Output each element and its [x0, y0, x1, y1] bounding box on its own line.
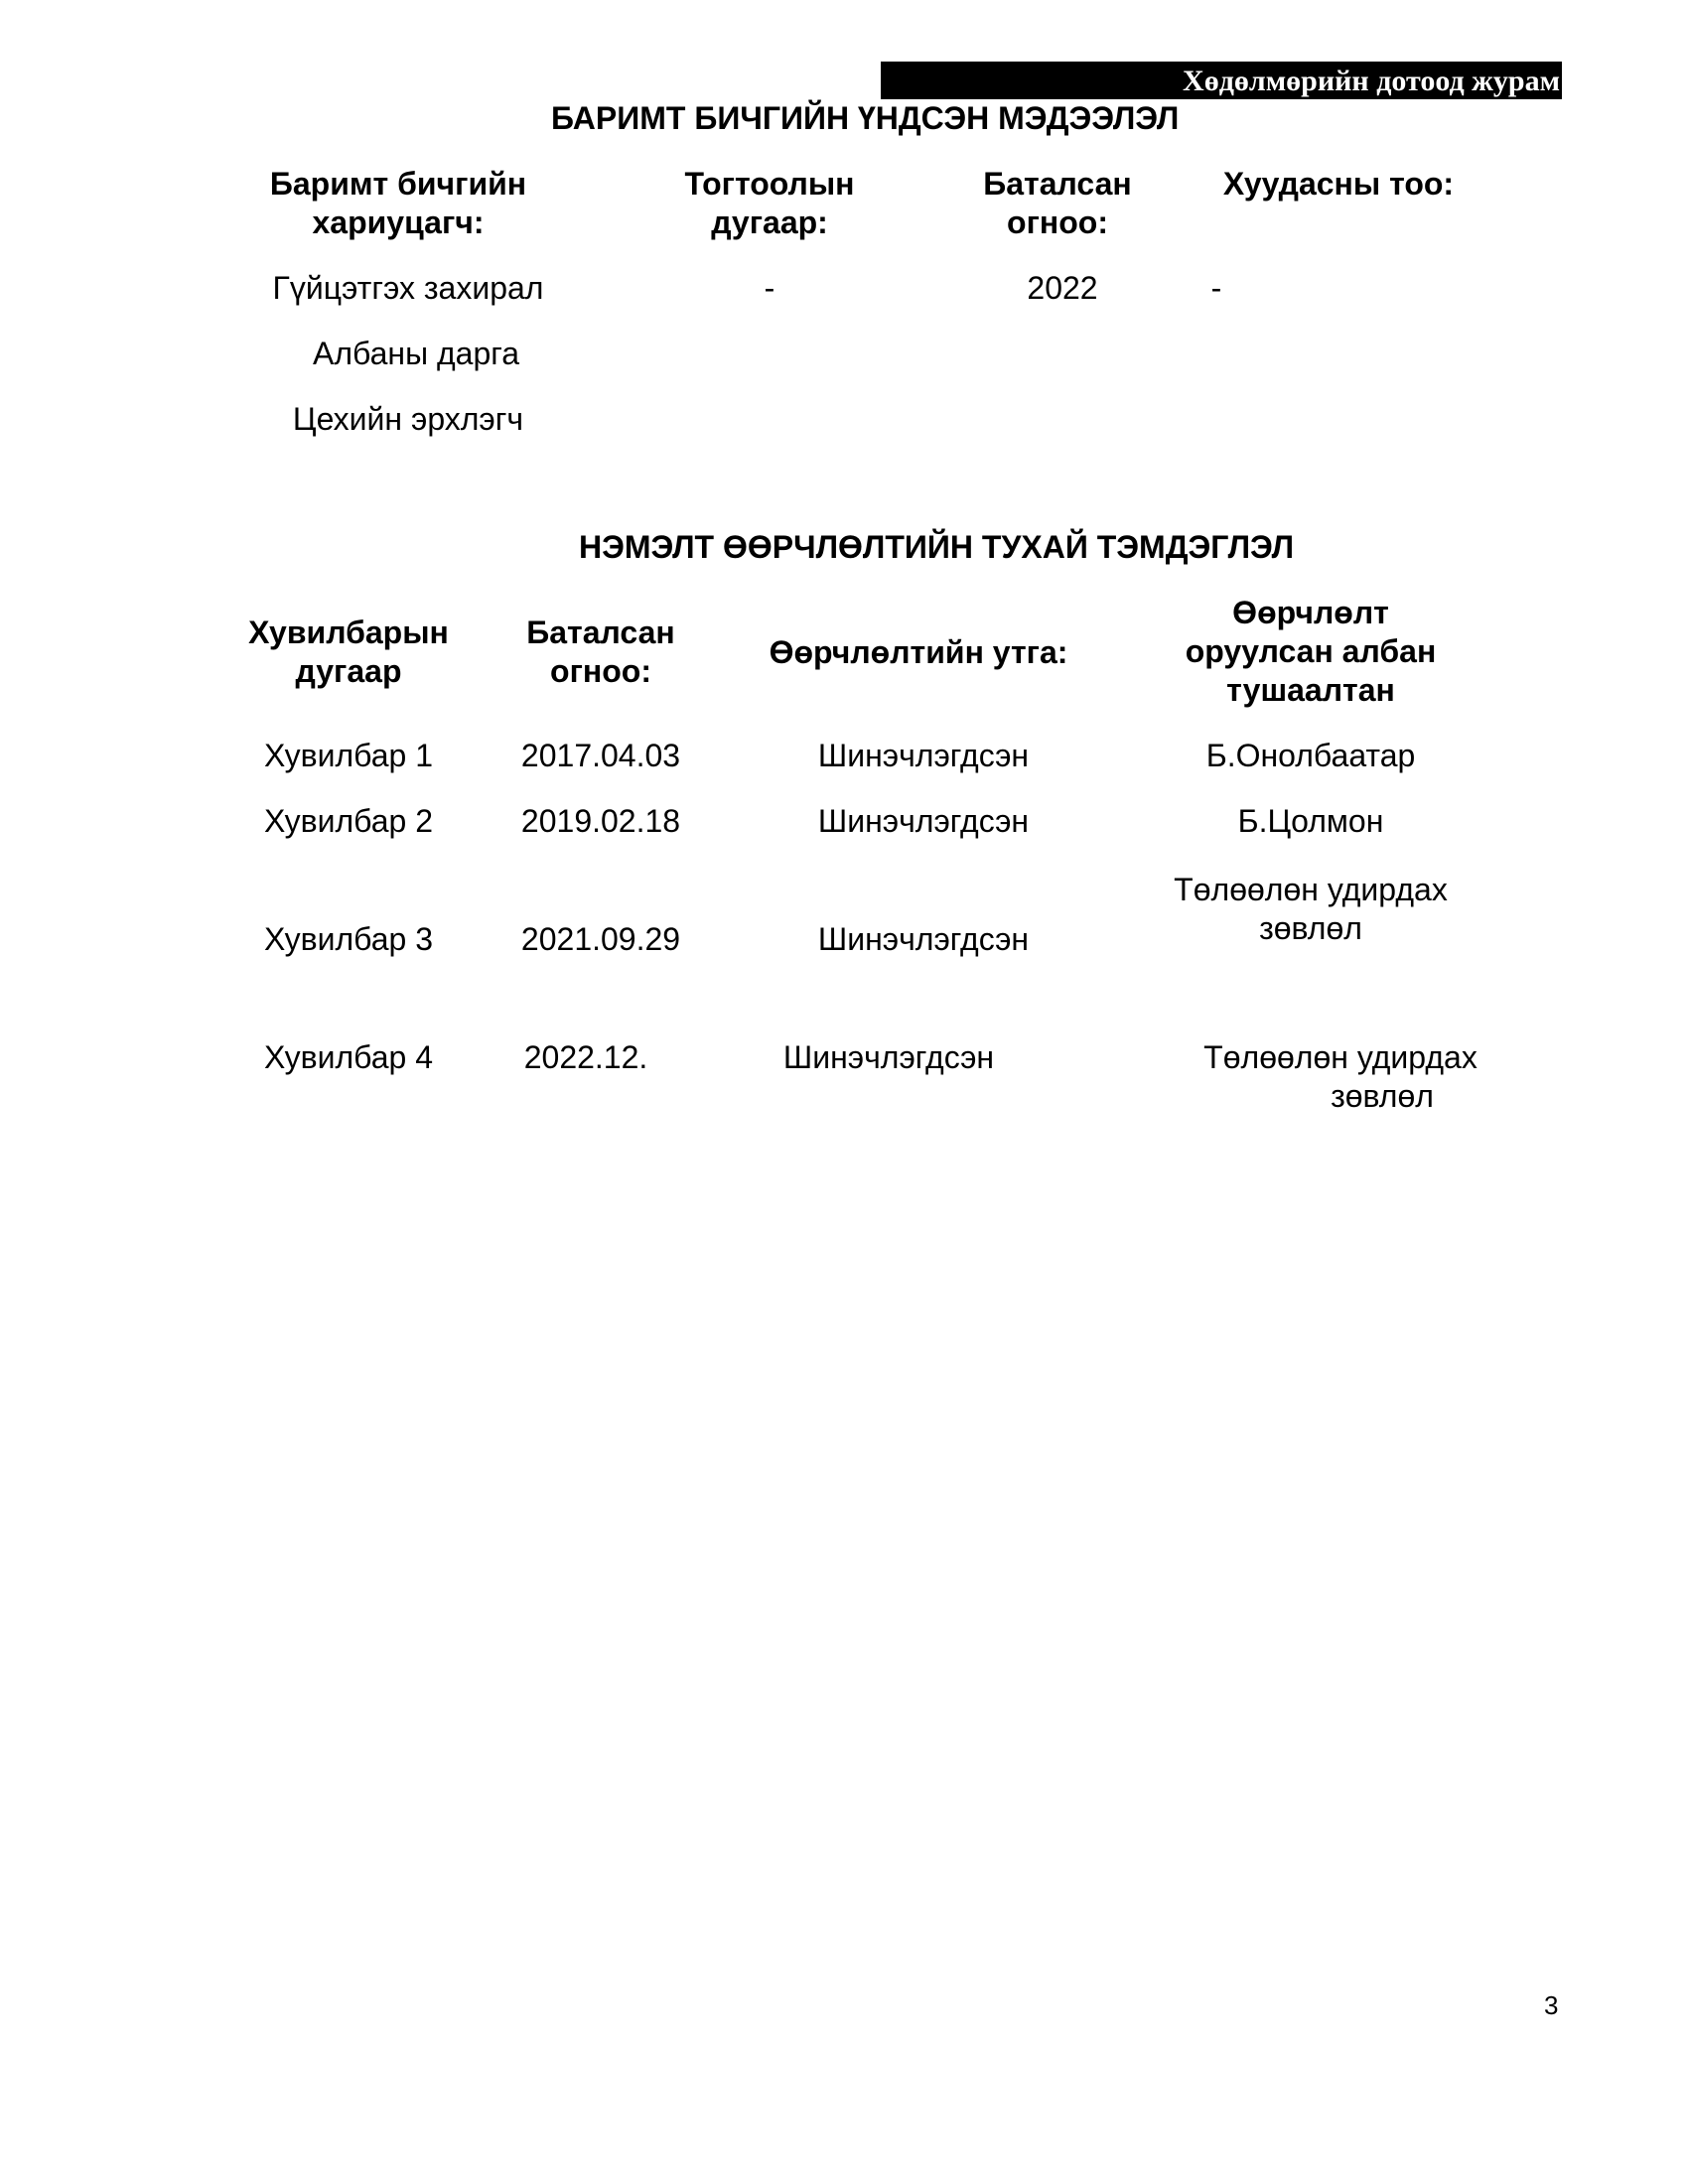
- table-row-2-version: Хувилбар 2: [238, 802, 459, 841]
- header-line: огноо:: [953, 204, 1162, 242]
- header-line: хариуцагч:: [260, 204, 536, 242]
- col-header-resolution: Тогтоолын дугаар:: [655, 165, 884, 242]
- col-header-page-count: Хуудасны тоо:: [1209, 165, 1468, 204]
- col-header-responsible: Баримт бичгийн хариуцагч:: [260, 165, 536, 242]
- header-line: Баталсан: [953, 165, 1162, 204]
- header-line: Баримт бичгийн: [260, 165, 536, 204]
- resolution-number-value: -: [735, 269, 804, 308]
- responsible-3: Цехийн эрхлэгч: [260, 400, 556, 439]
- official-line: Төлөөлөн удирдах: [1177, 1038, 1504, 1077]
- table-row-4-change: Шинэчлэгдсэн: [730, 1038, 1048, 1077]
- approved-date-value: 2022: [1003, 269, 1122, 308]
- amend-header-official: Өөрчлөлт оруулсан албан тушаалтан: [1152, 594, 1470, 710]
- header-line: оруулсан албан: [1152, 632, 1470, 671]
- header-line: Хувилбарын: [238, 614, 459, 652]
- official-line: зөвлөл: [1177, 1077, 1504, 1116]
- table-row-3-date: 2021.09.29: [506, 920, 695, 959]
- page-number: 3: [1544, 1990, 1558, 2021]
- header-line: Баталсан: [506, 614, 695, 652]
- header-line: Хуудасны тоо:: [1209, 165, 1468, 204]
- table-row-2-official: Б.Цолмон: [1152, 802, 1470, 841]
- amend-header-version: Хувилбарын дугаар: [238, 614, 459, 691]
- amend-header-date: Баталсан огноо:: [506, 614, 695, 691]
- table-row-2-date: 2019.02.18: [506, 802, 695, 841]
- official-line: Төлөөлөн удирдах: [1152, 871, 1470, 909]
- table-row-1-official: Б.Онолбаатар: [1152, 737, 1470, 775]
- amendments-title: НЭМЭЛТ ӨӨРЧЛӨЛТИЙН ТУХАЙ ТЭМДЭГЛЭЛ: [579, 529, 1294, 566]
- responsible-2: Албаны дарга: [268, 335, 564, 373]
- amend-header-change: Өөрчлөлтийн утга:: [745, 633, 1092, 672]
- official-line: зөвлөл: [1152, 909, 1470, 948]
- header-line: Өөрчлөлтийн утга:: [745, 633, 1092, 672]
- table-row-3-change: Шинэчлэгдсэн: [765, 920, 1082, 959]
- header-line: дугаар:: [655, 204, 884, 242]
- header-line: дугаар: [238, 652, 459, 691]
- table-row-3-version: Хувилбар 3: [238, 920, 459, 959]
- basic-info-title: БАРИМТ БИЧГИЙН ҮНДСЭН МЭДЭЭЛЭЛ: [551, 100, 1179, 137]
- table-row-4-date: 2022.12.: [501, 1038, 670, 1077]
- header-line: Өөрчлөлт: [1152, 594, 1470, 632]
- table-row-1-change: Шинэчлэгдсэн: [765, 737, 1082, 775]
- table-row-4-version: Хувилбар 4: [238, 1038, 459, 1077]
- page-count-value: -: [1201, 269, 1231, 308]
- header-line: Тогтоолын: [655, 165, 884, 204]
- table-row-1-version: Хувилбар 1: [238, 737, 459, 775]
- responsible-1: Гүйцэтгэх захирал: [260, 269, 556, 308]
- header-line: тушаалтан: [1152, 671, 1470, 710]
- running-header: Хөдөлмөрийн дотоод журам: [881, 62, 1562, 99]
- table-row-2-change: Шинэчлэгдсэн: [765, 802, 1082, 841]
- table-row-3-official: Төлөөлөн удирдах зөвлөл: [1152, 871, 1470, 948]
- table-row-4-official: Төлөөлөн удирдах зөвлөл: [1177, 1038, 1504, 1116]
- col-header-approved-date: Баталсан огноо:: [953, 165, 1162, 242]
- header-line: огноо:: [506, 652, 695, 691]
- table-row-1-date: 2017.04.03: [506, 737, 695, 775]
